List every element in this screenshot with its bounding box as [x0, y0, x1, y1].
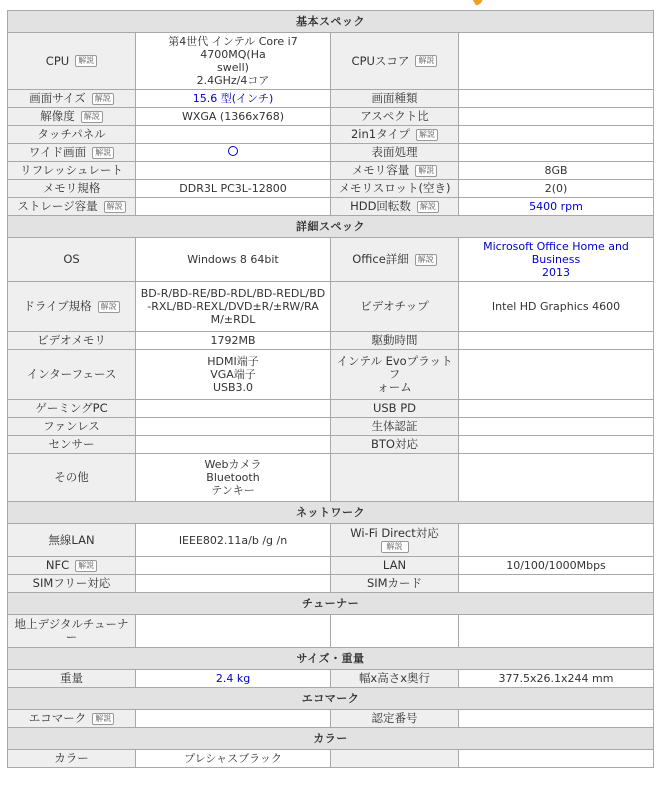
empty-cell — [331, 615, 459, 648]
value-simfree — [136, 575, 331, 593]
circle-yes-icon — [228, 146, 238, 156]
kaisetsu-button[interactable]: 解説 — [92, 147, 114, 159]
value-os: Windows 8 64bit — [136, 238, 331, 282]
label-color: カラー — [8, 750, 136, 768]
label-fanless: ファンレス — [8, 418, 136, 436]
value-video-mem: 1792MB — [136, 332, 331, 350]
section-title: 詳細スペック — [8, 216, 654, 238]
value-drive: BD-R/BD-RE/BD-RDL/BD-REDL/BD-RXL/BD-REXL… — [136, 282, 331, 332]
value-memory-std: DDR3L PC3L-12800 — [136, 180, 331, 198]
label-cpu: CPU解説 — [8, 33, 136, 90]
value-cert — [459, 710, 654, 728]
label-screen-type: 画面種類 — [331, 90, 459, 108]
table-row: カラー プレシャスブラック — [8, 750, 654, 768]
label-simcard: SIMカード — [331, 575, 459, 593]
value-cpu: 第4世代 インテル Core i7 4700MQ(Haswell)2.4GHz/… — [136, 33, 331, 90]
pencil-icon — [471, 0, 485, 6]
kaisetsu-button[interactable]: 解説 — [98, 301, 120, 313]
table-row: タッチパネル 2in1タイプ解説 — [8, 126, 654, 144]
label-storage: ストレージ容量解説 — [8, 198, 136, 216]
section-title: カラー — [8, 728, 654, 750]
table-row: 解像度解説 WXGA (1366x768) アスペクト比 — [8, 108, 654, 126]
section-title: サイズ・重量 — [8, 648, 654, 670]
value-aspect — [459, 108, 654, 126]
label-surface: 表面処理 — [331, 144, 459, 162]
table-row: CPU解説 第4世代 インテル Core i7 4700MQ(Haswell)2… — [8, 33, 654, 90]
section-title: エコマーク — [8, 688, 654, 710]
label-ecomark: エコマーク解説 — [8, 710, 136, 728]
kaisetsu-button[interactable]: 解説 — [415, 165, 437, 177]
kaisetsu-button[interactable]: 解説 — [81, 111, 103, 123]
value-refresh — [136, 162, 331, 180]
value-screen-type — [459, 90, 654, 108]
value-surface — [459, 144, 654, 162]
value-ecomark — [136, 710, 331, 728]
label-bto: BTO対応 — [331, 436, 459, 454]
value-cpu-score — [459, 33, 654, 90]
value-weight[interactable]: 2.4 kg — [136, 670, 331, 688]
value-empty — [459, 454, 654, 502]
table-row: OS Windows 8 64bit Office詳細解説 Microsoft … — [8, 238, 654, 282]
label-wide: ワイド画面解説 — [8, 144, 136, 162]
value-memory: 8GB — [459, 162, 654, 180]
kaisetsu-button[interactable]: 解説 — [92, 93, 114, 105]
value-resolution: WXGA (1366x768) — [136, 108, 331, 126]
table-row: リフレッシュレート メモリ容量解説 8GB — [8, 162, 654, 180]
label-digital-tuner: 地上デジタルチューナー — [8, 615, 136, 648]
value-interface: HDMI端子VGA端子USB3.0 — [136, 350, 331, 400]
value-biometric — [459, 418, 654, 436]
label-memory-std: メモリ規格 — [8, 180, 136, 198]
label-memory: メモリ容量解説 — [331, 162, 459, 180]
section-header-tuner: チューナー — [8, 593, 654, 615]
label-resolution: 解像度解説 — [8, 108, 136, 126]
value-other: WebカメラBluetoothテンキー — [136, 454, 331, 502]
value-screen-size[interactable]: 15.6 型(インチ) — [136, 90, 331, 108]
label-gaming: ゲーミングPC — [8, 400, 136, 418]
kaisetsu-button[interactable]: 解説 — [92, 713, 114, 725]
section-header-basic: 基本スペック — [8, 11, 654, 33]
label-memory-slot: メモリスロット(空き) — [331, 180, 459, 198]
table-row: ストレージ容量解説 HDD回転数解説 5400 rpm — [8, 198, 654, 216]
table-row: 地上デジタルチューナー — [8, 615, 654, 648]
label-refresh: リフレッシュレート — [8, 162, 136, 180]
kaisetsu-button[interactable]: 解説 — [415, 254, 437, 266]
value-touch — [136, 126, 331, 144]
label-wlan: 無線LAN — [8, 524, 136, 557]
value-2in1 — [459, 126, 654, 144]
value-nfc — [136, 557, 331, 575]
value-usbpd — [459, 400, 654, 418]
table-row: インターフェース HDMI端子VGA端子USB3.0 インテル Evoプラットフ… — [8, 350, 654, 400]
label-hdd-rpm: HDD回転数解説 — [331, 198, 459, 216]
label-video-chip: ビデオチップ — [331, 282, 459, 332]
spec-table: 基本スペック CPU解説 第4世代 インテル Core i7 4700MQ(Ha… — [7, 10, 654, 768]
value-wide — [136, 144, 331, 162]
label-interface: インターフェース — [8, 350, 136, 400]
empty-cell — [459, 750, 654, 768]
label-nfc: NFC解説 — [8, 557, 136, 575]
label-drive: ドライブ規格解説 — [8, 282, 136, 332]
label-cpu-score: CPUスコア解説 — [331, 33, 459, 90]
value-wlan: IEEE802.11a/b /g /n — [136, 524, 331, 557]
label-empty — [331, 454, 459, 502]
value-battery — [459, 332, 654, 350]
kaisetsu-button[interactable]: 解説 — [416, 129, 438, 141]
table-row: 画面サイズ解説 15.6 型(インチ) 画面種類 — [8, 90, 654, 108]
value-lan: 10/100/1000Mbps — [459, 557, 654, 575]
label-battery: 駆動時間 — [331, 332, 459, 350]
label-video-mem: ビデオメモリ — [8, 332, 136, 350]
label-os: OS — [8, 238, 136, 282]
table-row: センサー BTO対応 — [8, 436, 654, 454]
kaisetsu-button[interactable]: 解説 — [75, 560, 97, 572]
table-row: 無線LAN IEEE802.11a/b /g /n Wi-Fi Direct対応… — [8, 524, 654, 557]
value-digital-tuner — [136, 615, 331, 648]
value-gaming — [136, 400, 331, 418]
value-color: プレシャスブラック — [136, 750, 331, 768]
section-title: ネットワーク — [8, 502, 654, 524]
kaisetsu-button[interactable]: 解説 — [75, 55, 97, 67]
empty-cell — [459, 615, 654, 648]
value-wifi-direct — [459, 524, 654, 557]
table-row: 重量 2.4 kg 幅x高さx奥行 377.5x26.1x244 mm — [8, 670, 654, 688]
label-dims: 幅x高さx奥行 — [331, 670, 459, 688]
value-bto — [459, 436, 654, 454]
section-header-network: ネットワーク — [8, 502, 654, 524]
value-dims: 377.5x26.1x244 mm — [459, 670, 654, 688]
section-title: 基本スペック — [8, 11, 654, 33]
label-other: その他 — [8, 454, 136, 502]
label-usbpd: USB PD — [331, 400, 459, 418]
value-fanless — [136, 418, 331, 436]
label-lan: LAN — [331, 557, 459, 575]
table-row: メモリ規格 DDR3L PC3L-12800 メモリスロット(空き) 2(0) — [8, 180, 654, 198]
table-row: SIMフリー対応 SIMカード — [8, 575, 654, 593]
label-weight: 重量 — [8, 670, 136, 688]
table-row: ワイド画面解説 表面処理 — [8, 144, 654, 162]
kaisetsu-button[interactable]: 解説 — [104, 201, 126, 213]
label-sensor: センサー — [8, 436, 136, 454]
value-sensor — [136, 436, 331, 454]
kaisetsu-button[interactable]: 解説 — [415, 55, 437, 67]
label-wifi-direct: Wi-Fi Direct対応解説 — [331, 524, 459, 557]
section-title: チューナー — [8, 593, 654, 615]
table-row: ゲーミングPC USB PD — [8, 400, 654, 418]
label-2in1: 2in1タイプ解説 — [331, 126, 459, 144]
empty-label-cell — [331, 750, 459, 768]
value-office[interactable]: Microsoft Office Home and Business2013 — [459, 238, 654, 282]
value-evo — [459, 350, 654, 400]
section-header-detail: 詳細スペック — [8, 216, 654, 238]
section-header-color: カラー — [8, 728, 654, 750]
value-memory-slot: 2(0) — [459, 180, 654, 198]
label-screen-size: 画面サイズ解説 — [8, 90, 136, 108]
value-hdd-rpm[interactable]: 5400 rpm — [459, 198, 654, 216]
table-row: ドライブ規格解説 BD-R/BD-RE/BD-RDL/BD-REDL/BD-RX… — [8, 282, 654, 332]
label-simfree: SIMフリー対応 — [8, 575, 136, 593]
table-row: エコマーク解説 認定番号 — [8, 710, 654, 728]
label-evo: インテル Evoプラットフォーム — [331, 350, 459, 400]
label-office: Office詳細解説 — [331, 238, 459, 282]
label-biometric: 生体認証 — [331, 418, 459, 436]
label-cert: 認定番号 — [331, 710, 459, 728]
section-header-size: サイズ・重量 — [8, 648, 654, 670]
kaisetsu-button[interactable]: 解説 — [381, 541, 409, 553]
table-row: ファンレス 生体認証 — [8, 418, 654, 436]
kaisetsu-button[interactable]: 解説 — [417, 201, 439, 213]
label-aspect: アスペクト比 — [331, 108, 459, 126]
table-row: その他 WebカメラBluetoothテンキー — [8, 454, 654, 502]
value-simcard — [459, 575, 654, 593]
table-row: ビデオメモリ 1792MB 駆動時間 — [8, 332, 654, 350]
value-video-chip: Intel HD Graphics 4600 — [459, 282, 654, 332]
value-storage — [136, 198, 331, 216]
table-row: NFC解説 LAN 10/100/1000Mbps — [8, 557, 654, 575]
section-header-eco: エコマーク — [8, 688, 654, 710]
label-touch: タッチパネル — [8, 126, 136, 144]
